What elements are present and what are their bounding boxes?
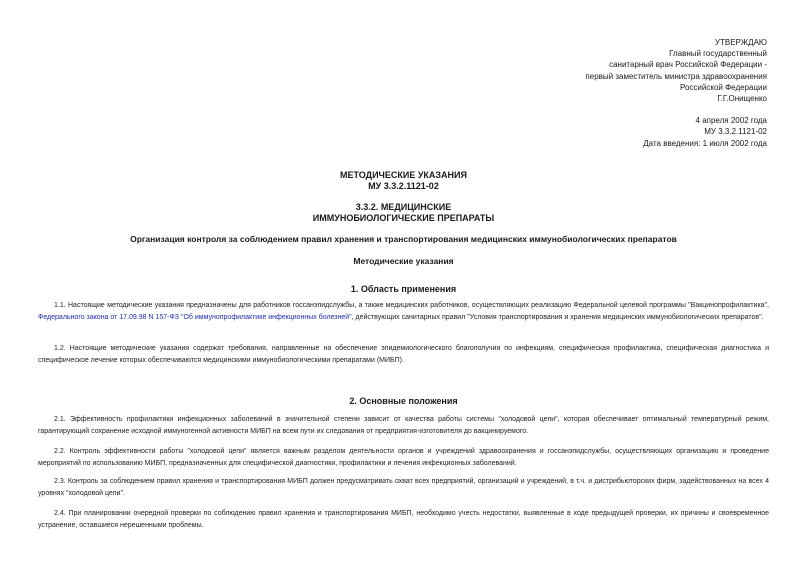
document-heading: МЕТОДИЧЕСКИЕ УКАЗАНИЯ МУ 3.3.2.1121-02 3… [0,170,807,224]
approval-line: первый заместитель министра здравоохране… [585,71,767,82]
paragraph-2-2: 2.2. Контроль эффективности работы "холо… [38,446,769,469]
paragraph-2-4: 2.4. При планировании очередной проверки… [38,508,769,531]
heading-line: ИММУНОБИОЛОГИЧЕСКИЕ ПРЕПАРАТЫ [0,213,807,224]
heading-line: МУ 3.3.2.1121-02 [0,181,807,192]
paragraph-1-2: 1.2. Настоящие методические указания сод… [38,343,769,366]
heading-line: 3.3.2. МЕДИЦИНСКИЕ [0,202,807,213]
law-link[interactable]: Федерального закона от 17.09.98 N 157-ФЗ… [38,314,352,321]
paragraph-2-1: 2.1. Эффективность профилактики инфекцио… [38,414,769,437]
doc-number: МУ 3.3.2.1121-02 [585,126,767,137]
paragraph-1-1: 1.1. Настоящие методические указания пре… [38,300,769,323]
approval-line: санитарный врач Российской Федерации - [585,59,767,70]
paragraph-2-3: 2.3. Контроль за соблюдением правил хран… [38,476,769,499]
document-subtitle: Методические указания [0,256,807,266]
heading-line: МЕТОДИЧЕСКИЕ УКАЗАНИЯ [0,170,807,181]
document-title: Организация контроля за соблюдением прав… [0,234,807,244]
approval-line: УТВЕРЖДАЮ [585,37,767,48]
approval-date: 4 апреля 2002 года [585,115,767,126]
approval-line: Российской Федерации [585,82,767,93]
approval-line: Главный государственный [585,48,767,59]
section-title-1: 1. Область применения [0,284,807,294]
approval-line: Г.Г.Онищенко [585,93,767,104]
section-title-2: 2. Основные положения [0,396,807,406]
effective-date: Дата введения: 1 июля 2002 года [585,138,767,149]
approval-block: УТВЕРЖДАЮ Главный государственный санита… [585,37,767,149]
